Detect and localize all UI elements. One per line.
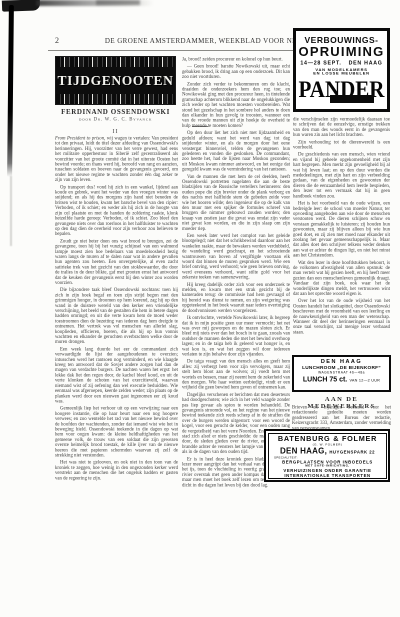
article-paragraph: Op den duur liet het zich niet met lijdz… [182,131,290,173]
bijenkorf-city: DEN HAAG [294,359,389,365]
article-title: FERDINAND OSSENDOWSKI [56,108,175,116]
batenburg-name: BATENBURG & FOLMER [269,435,386,443]
batenburg-line3: VERHUIZINGEN ONDER GARANTIE [269,468,386,473]
batenburg-line4: INTERNATIONALE TRANSPORTEN [269,473,386,478]
article-paragraph: Zoudt ge niet beter doen ons wat brood t… [55,239,178,286]
bijenkorf-hours: VAN 12—2 UUR [349,378,380,383]
article-paragraph: Het was niet te gelooven, en ook niet in… [55,460,178,481]
article-paragraph: Hij kreeg dadelijk order zich voor een o… [182,282,290,313]
article-column-left: From President to prison, wij wagen te v… [55,136,178,489]
pander-brand-wrap: PANDER & ZONEN [296,77,387,103]
article-paragraph: Over het lot van de oude wijsheid van he… [293,299,390,335]
pander-ad-line2: OPRUIMING [296,44,387,59]
scan-artifact-left-bar-faint [10,176,12,246]
bijenkorf-address: WAGENSTRAAT 46—48a [294,371,389,375]
notice-body-wrap: Brieven en bijdragen bestemd voor het re… [292,405,391,429]
scan-artifact-top-smear [36,0,154,6]
scan-artifact-top-smudge [96,0,140,5]
article-paragraph: Zijn verhouding tot de dierenwereld is e… [293,140,390,150]
logo-crowd-texture-top [56,57,175,67]
article-paragraph: De geschiedenis van een mensch, wien vri… [293,152,390,199]
article-byline: door Dr. W. G. C. Byvanck [56,117,175,122]
bijenkorf-offer: LUNCH 75 ct. [303,375,347,383]
pander-ad-city: DEN HAAG [349,60,383,66]
article-paragraph: Ja, brood! zeiden procureur en kolonel o… [182,57,290,62]
newspaper-page: 2 DE GROENE AMSTERDAMMER, WEEKBLAD VOOR … [0,0,400,617]
article-paragraph: Een week later werd het complot van het … [182,234,290,281]
series-logo-box: TIJDGENOOTEN [56,57,175,104]
pander-brand-sub: & ZONEN [330,102,375,103]
article-paragraph: Wat den lezer in deze hoofdstukken bekoo… [293,260,390,296]
article-paragraph: Gemeenlijk liep het verhoor uit op een v… [55,406,178,458]
batenburg-line2: MET SAFE-INRICHTING, [269,464,386,468]
article-column-middle: Ja, brood! zeiden procureur en kolonel o… [182,57,290,489]
notice-body: Brieven en bijdragen bestemd voor het re… [292,405,391,429]
article-paragraph: Van de mannen die met hem de cel deelden… [182,174,290,231]
bijenkorf-ad: DEN HAAG LUNCHROOM „DE BIJENKORF” WAGENS… [292,355,391,392]
article-paragraph: Zonder zich verder te bekommeren om de k… [182,82,290,129]
article-column-right: die verschijnselen zijn vermoedelijk daa… [293,117,390,352]
scan-artifact-left-bar [7,5,14,177]
article-paragraph: die verschijnselen zijn vermoedelijk daa… [293,117,390,138]
article-paragraph: Ik ontvluchtte, vertelde Nowikowski late… [182,316,290,358]
batenburg-address: HUYGENSPARK 22 [329,449,375,454]
article-paragraph: Op transport dus! vond hij zich in een w… [55,185,178,237]
logo-crowd-texture-bottom [56,94,175,104]
series-logo-text: TIJDGENOOTEN [58,73,174,89]
pander-ad-date: 14—28 SEPT. [300,60,341,66]
page-number: 2 [55,36,59,45]
pander-brand-subbox: & ZONEN [330,95,375,103]
byline-wrap: door Dr. W. G. C. Byvanck [56,117,175,125]
pander-ad: VERBOUWINGS- OPRUIMING 14—28 SEPT.DEN HA… [293,28,390,112]
article-paragraph: Die bijzondere taak bleef Ossendowski no… [55,288,178,345]
article-paragraph: From President to prison, wij wagen te v… [55,136,178,183]
batenburg-ad: BATENBURG & FOLMER (G. W. FOLMER) DEN HA… [264,429,390,482]
batenburg-city: DEN HAAG, [279,447,326,456]
chapter-number: II [56,129,175,135]
logo-band: TIJDGENOOTEN [56,67,175,94]
batenburg-line1: BERGPLAATSEN VOOR INBOEDELS [269,459,386,464]
scan-artifact-corner-blob [2,0,40,12]
article-paragraph: — Geen brood! barstte Nowikowski uit, ma… [182,64,290,80]
article-paragraph: De taiga vraagt van den mensch alles en … [182,359,290,390]
article-paragraph: Het is het voorbeeld van de oude wijzen,… [293,201,390,258]
bijenkorf-name: LUNCHROOM „DE BIJENKORF” [294,365,389,371]
batenburg-sub: (G. W. FOLMER) [269,443,386,446]
article-paragraph: Een week lang duurde het eer de commanda… [55,347,178,404]
paragraph-text: wij wagen te vertalen: Van president tot… [55,136,178,183]
